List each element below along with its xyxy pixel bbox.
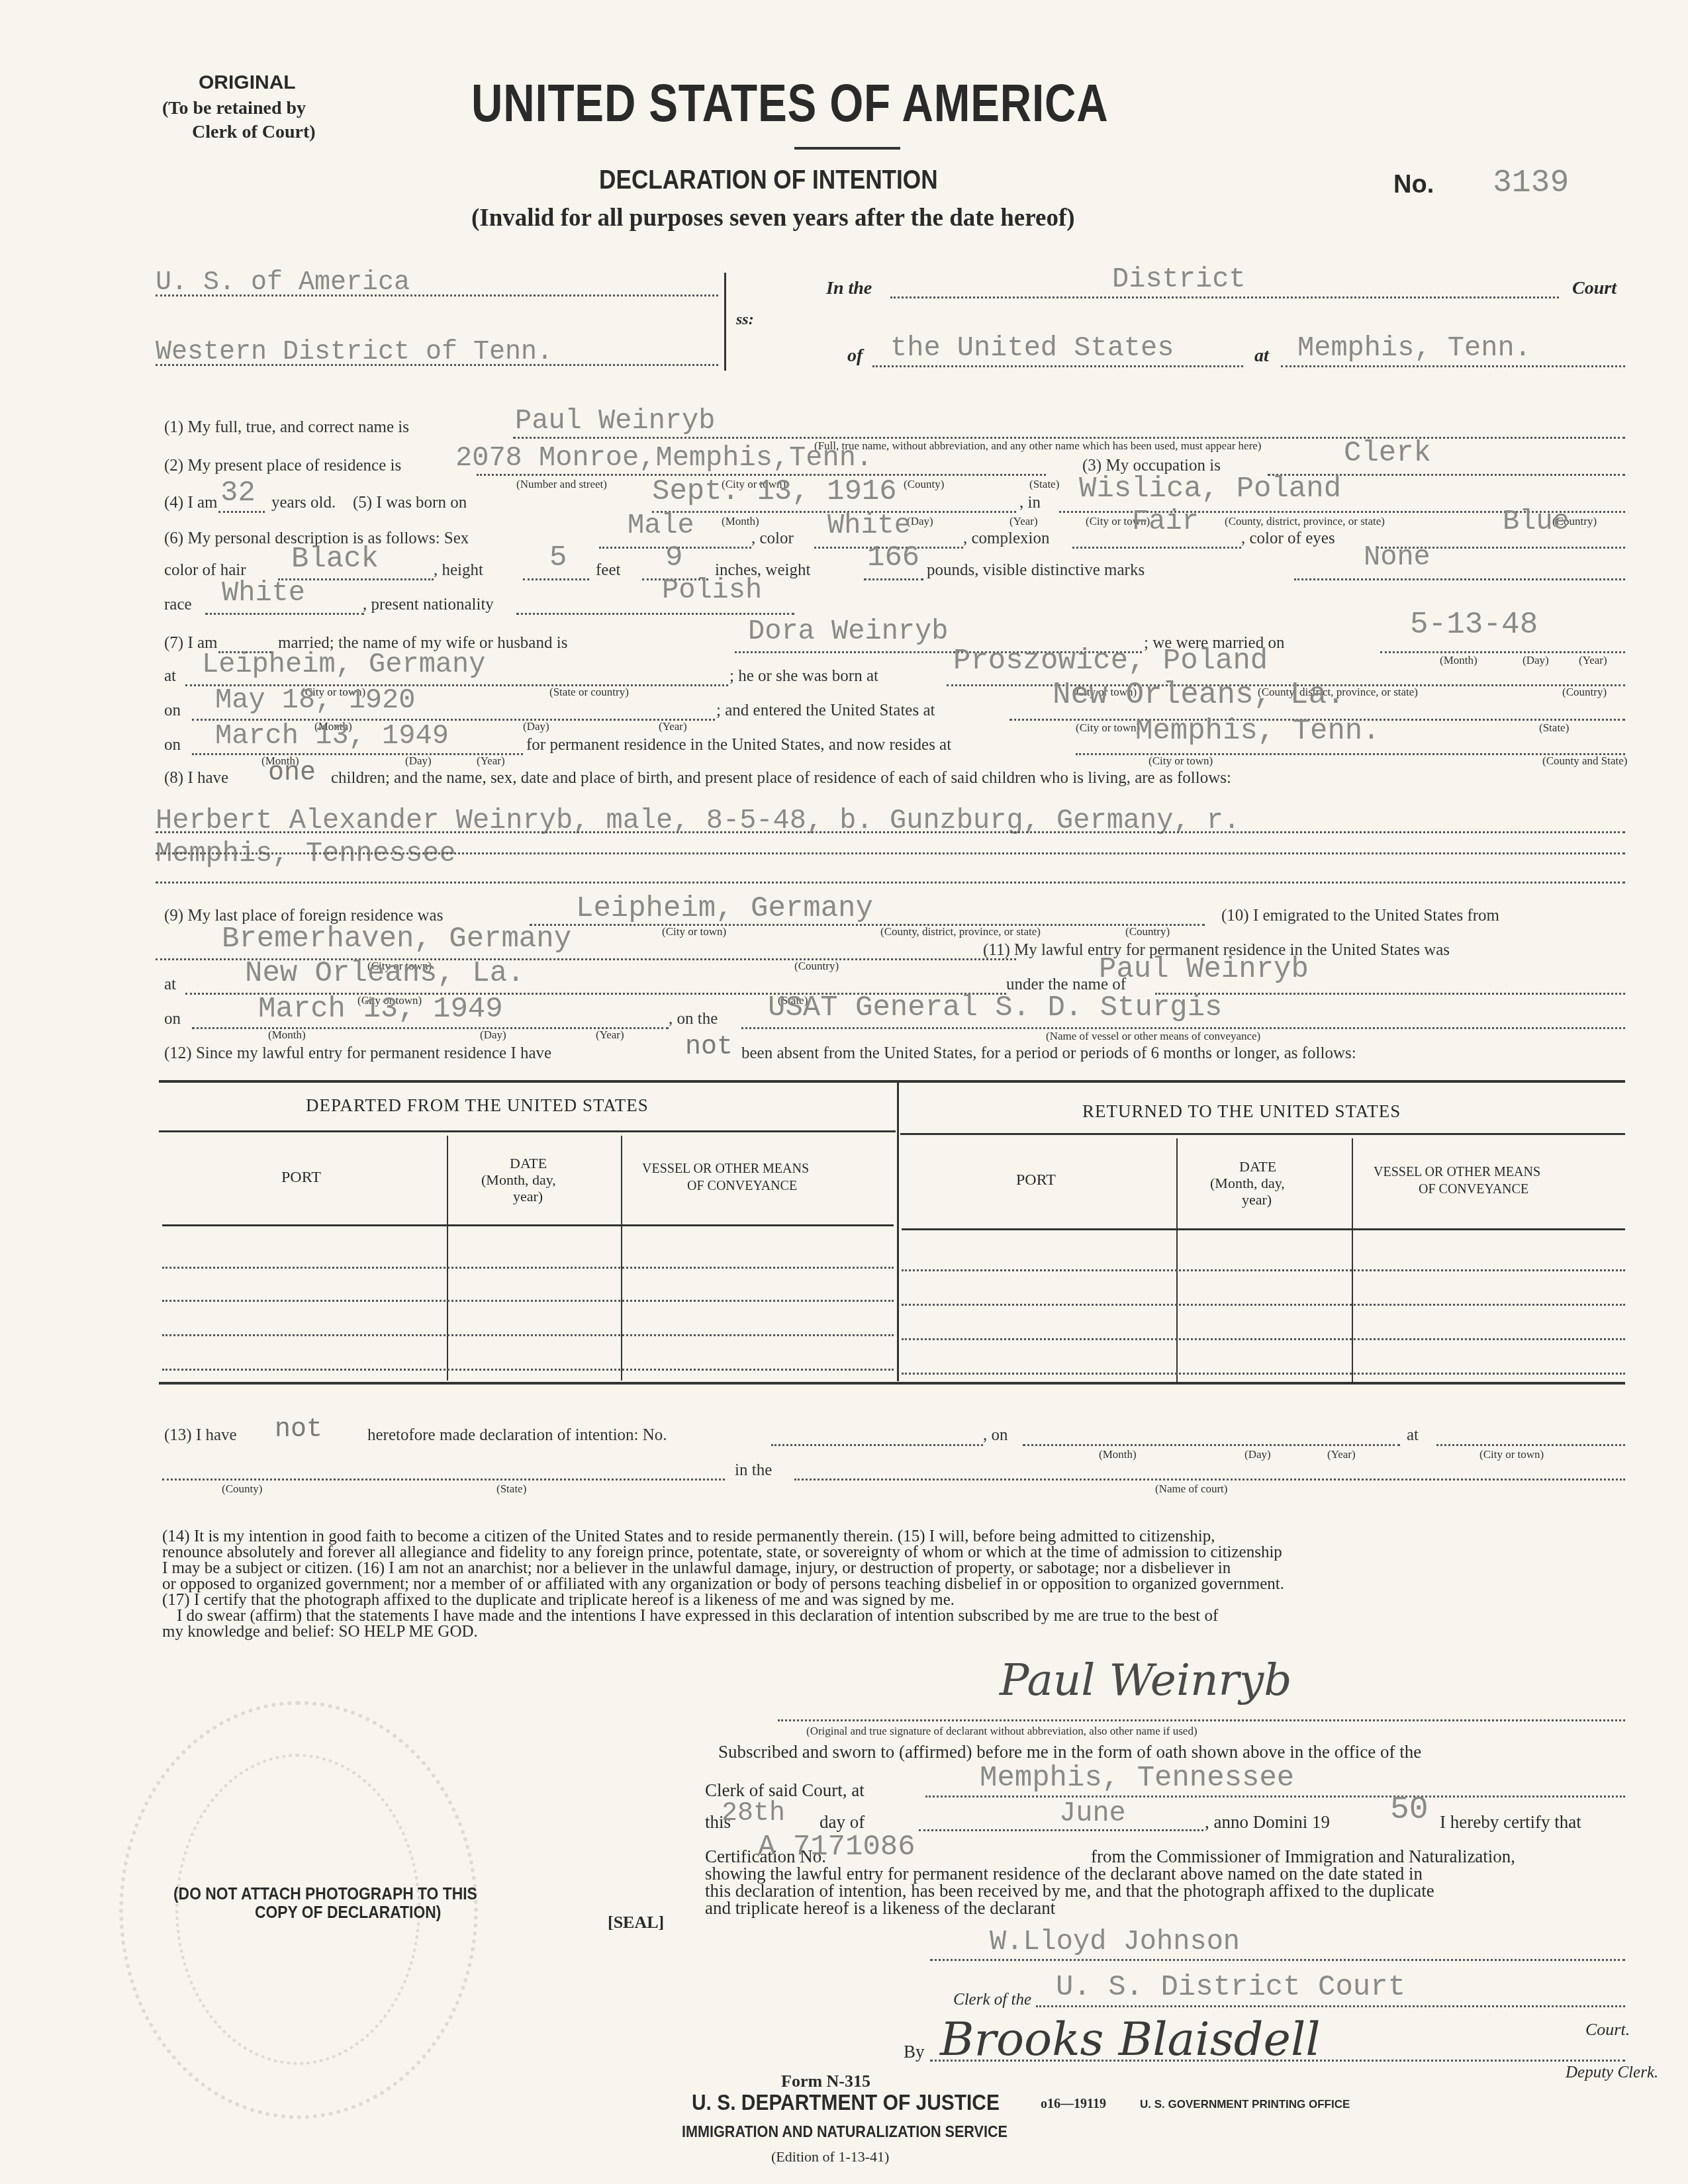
title-divider: [794, 147, 900, 150]
q13-label-b: heretofore made declaration of intention…: [367, 1426, 667, 1445]
court-suffix-label: Court.: [1585, 2020, 1630, 2040]
clerk-at-label: Clerk of said Court, at: [705, 1780, 865, 1801]
service-name: IMMIGRATION AND NATURALIZATION SERVICE: [682, 2123, 1008, 2142]
height-inches-field: 9: [665, 541, 682, 574]
feet-label: feet: [596, 561, 620, 580]
department-name: U. S. DEPARTMENT OF JUSTICE: [692, 2090, 1000, 2116]
on-the-label: , on the: [669, 1010, 718, 1028]
venue-brace: [724, 273, 726, 371]
prior-decl-county-line: [162, 1479, 725, 1480]
venue-left-2-line: [156, 364, 718, 366]
photo-note-1: (DO NOT ATTACH PHOTOGRAPH TO THIS: [173, 1884, 477, 1904]
children-line-2-rule: [156, 852, 1625, 854]
oath-line-2: renounce absolutely and forever all alle…: [162, 1545, 1284, 1561]
departed-col-date-2: (Month, day,: [481, 1171, 556, 1189]
departed-col-date-1: DATE: [510, 1155, 547, 1172]
returned-col-div-1: [1176, 1138, 1178, 1382]
original-label: ORIGINAL: [199, 71, 296, 94]
q10-hint-country: (Country): [794, 960, 839, 973]
declaration-number: 3139: [1493, 165, 1569, 201]
clerk-at-field: Memphis, Tennessee: [980, 1762, 1294, 1795]
eyes-label: , color of eyes: [1241, 529, 1335, 548]
of-label: of: [847, 345, 863, 367]
spouse-entry-hint-city: (City or town): [1076, 721, 1140, 735]
q5-in: , in: [1019, 494, 1041, 512]
spouse-birthdate-hint-day: (Day): [523, 720, 549, 733]
vessel-field: USAT General S. D. Sturgis: [768, 991, 1223, 1024]
q10-label: (10) I emigrated to the United States fr…: [1221, 907, 1499, 925]
married-on-line: [1380, 651, 1625, 653]
court-type-line: [890, 296, 1559, 298]
q9-hint-city: (City or town): [662, 925, 726, 938]
full-name-field: Paul Weinryb: [515, 405, 715, 437]
q4-label-b: years old.: [271, 494, 336, 512]
emigrated-from-field: Bremerhaven, Germany: [222, 923, 571, 956]
q13-hint-county: (County): [222, 1482, 262, 1496]
spouse-entry-date-label: on: [164, 736, 181, 754]
venue-left-1: U. S. of America: [156, 268, 410, 298]
q2-label: (2) My present place of residence is: [164, 457, 401, 475]
of-line: [872, 365, 1243, 367]
declarant-signature: Paul Weinryb: [1000, 1655, 1292, 1706]
married-at-label: at: [164, 667, 176, 686]
spouse-birthplace-field: Proszowice, Poland: [953, 645, 1268, 678]
departed-col-rule: [162, 1224, 894, 1226]
q5-label: (5) I was born on: [353, 494, 467, 512]
venue-left-1-line: [156, 295, 718, 296]
venue-left-2: Western District of Tenn.: [156, 338, 553, 367]
table-row: [162, 1334, 894, 1336]
q5-hint-year: (Year): [1009, 515, 1038, 528]
complexion-line: [1072, 547, 1241, 549]
month-line: [919, 1829, 1203, 1831]
eyes-field: Blue: [1503, 506, 1570, 537]
nationality-line: [516, 613, 794, 615]
certify-label: I hereby certify that: [1440, 1812, 1581, 1833]
spouse-entry-date-hint-year: (Year): [477, 754, 505, 768]
spouse-entry-date-field: March 13, 1949: [215, 720, 449, 752]
entry-date-field: March 13, 1949: [258, 993, 503, 1026]
prior-decl-date-line: [1023, 1444, 1400, 1446]
retained-note-2: Clerk of Court): [192, 122, 316, 143]
printer-name: U. S. GOVERNMENT PRINTING OFFICE: [1140, 2098, 1350, 2111]
departed-col-div-2: [621, 1136, 622, 1381]
vessel-hint: (Name of vessel or other means of convey…: [1046, 1030, 1260, 1043]
month-field: June: [1059, 1797, 1126, 1829]
table-row: [902, 1269, 1625, 1271]
q1-label: (1) My full, true, and correct name is: [164, 418, 409, 437]
court-label: Court: [1572, 278, 1617, 299]
color-label: , color: [751, 529, 794, 548]
at-label: at: [1254, 345, 1269, 367]
returned-header: RETURNED TO THE UNITED STATES: [1082, 1101, 1401, 1122]
table-row: [162, 1300, 894, 1302]
children-line-3-rule: [156, 882, 1625, 884]
residence-field: 2078 Monroe,Memphis,Tenn.: [455, 442, 872, 474]
form-subtitle: DECLARATION OF INTENTION: [599, 165, 938, 195]
weight-field: 166: [867, 541, 919, 574]
race-label: race: [164, 596, 192, 614]
at-value: Memphis, Tenn.: [1297, 332, 1531, 364]
returned-col-rule: [902, 1228, 1625, 1230]
cert-text-4: and triplicate hereof is a likeness of t…: [705, 1898, 1055, 1919]
edition-label: (Edition of 1-13-41): [771, 2148, 889, 2165]
departed-col-vessel-2: OF CONVEYANCE: [687, 1179, 797, 1194]
returned-col-vessel-1: VESSEL OR OTHER MEANS: [1374, 1165, 1540, 1180]
certification-number-field: A 7171086: [758, 1831, 915, 1864]
oath-line-3: I may be a subject or citizen. (16) I am…: [162, 1561, 1284, 1576]
q1-line: [513, 437, 1625, 439]
returned-col-port: PORT: [1016, 1171, 1056, 1189]
returned-col-date-2: (Month, day,: [1210, 1175, 1285, 1192]
q13-in-the-label: in the: [735, 1461, 772, 1480]
q2-hint-county: (County): [904, 478, 944, 491]
spouse-entry-date-line: [192, 753, 523, 755]
married-hint-year: (Year): [1579, 654, 1607, 667]
q2-hint-state: (State): [1029, 478, 1059, 491]
seal-label: [SEAL]: [608, 1913, 664, 1933]
color-field: White: [827, 510, 911, 541]
entry-date-label: on: [164, 1010, 181, 1028]
returned-col-date-3: year): [1242, 1191, 1272, 1208]
height-feet-line: [523, 578, 589, 580]
spouse-birthdate-field: May 18, 1920: [215, 684, 415, 716]
spouse-entered-label: ; and entered the United States at: [716, 702, 935, 720]
entry-date-hint-year: (Year): [596, 1028, 624, 1042]
oath-line-6: I do swear (affirm) that the statements …: [162, 1608, 1284, 1624]
clerk-of-line: [1036, 2005, 1625, 2007]
height-feet-field: 5: [549, 541, 567, 574]
oath-line-7: my knowledge and belief: SO HELP ME GOD.: [162, 1624, 1284, 1640]
clerk-of-label: Clerk of the: [953, 1991, 1031, 2009]
deputy-clerk-label: Deputy Clerk.: [1566, 2064, 1658, 2082]
court-type: District: [1112, 263, 1246, 295]
ss-label: ss:: [736, 311, 754, 329]
complexion-label: , complexion: [963, 529, 1050, 548]
married-on-field: 5-13-48: [1410, 608, 1538, 642]
entry-date-hint-day: (Day): [480, 1028, 506, 1042]
spouse-birthdate-label: on: [164, 702, 181, 720]
table-top-rule: [159, 1080, 1625, 1083]
day-of-label: day of: [820, 1812, 865, 1833]
q12-value: not: [685, 1032, 733, 1062]
oath-line-4: or opposed to organized government; nor …: [162, 1576, 1284, 1592]
clerk-of-field: U. S. District Court: [1056, 1971, 1405, 2004]
race-line: [205, 613, 364, 615]
marks-line: [1294, 578, 1625, 580]
height-label: , height: [434, 561, 483, 580]
deputy-signature: Brooks Blaisdell: [940, 2012, 1321, 2066]
declarant-signature-hint: (Original and true signature of declaran…: [806, 1725, 1197, 1738]
children-line-1-rule: [156, 831, 1625, 833]
q13-on-label: , on: [983, 1426, 1008, 1445]
oath-paragraph: (14) It is my intention in good faith to…: [162, 1529, 1284, 1640]
departed-header-rule: [159, 1130, 896, 1132]
table-row: [902, 1373, 1625, 1375]
weight-line: [864, 578, 923, 580]
table-row: [162, 1267, 894, 1269]
q9-hint-county: (County, district, province, or state): [880, 925, 1041, 938]
entry-date-hint-month: (Month): [268, 1028, 306, 1042]
table-row: [902, 1304, 1625, 1306]
spouse-residence-hint-city: (City or town): [1149, 754, 1213, 768]
declarant-signature-line: [778, 1719, 1625, 1721]
sex-field: Male: [628, 510, 694, 541]
table-center-divider: [897, 1080, 899, 1381]
clerk-at-line: [925, 1796, 1625, 1797]
returned-col-vessel-2: OF CONVEYANCE: [1419, 1182, 1528, 1197]
departed-col-vessel-1: VESSEL OR OTHER MEANS: [642, 1161, 809, 1177]
of-value: the United States: [890, 332, 1174, 364]
race-field: White: [222, 577, 305, 609]
spouse-residence-field: Memphis, Tenn.: [1135, 715, 1380, 748]
marks-field: None: [1364, 541, 1430, 573]
q5-hint-county: (County, district, province, or state): [1225, 515, 1385, 528]
q4-label: (4) I am: [164, 494, 218, 512]
children-count-field: one: [268, 758, 316, 788]
oath-line-5: (17) I certify that the photograph affix…: [162, 1592, 1284, 1608]
spouse-birthdate-hint-year: (Year): [659, 720, 687, 733]
nationality-label: , present nationality: [363, 596, 494, 614]
married-at-field: Leipheim, Germany: [202, 649, 485, 680]
spouse-resides-label: for permanent residence in the United St…: [526, 736, 951, 754]
prior-decl-city-line: [1436, 1444, 1625, 1446]
table-row: [162, 1369, 894, 1371]
table-bottom-rule: [159, 1382, 1625, 1385]
q2-hint-street: (Number and street): [516, 478, 607, 491]
q13-at-label: at: [1407, 1426, 1419, 1445]
print-code: o16—19119: [1041, 2097, 1106, 2112]
entry-name-field: Paul Weinryb: [1099, 953, 1309, 986]
retained-note-1: (To be retained by: [162, 98, 306, 119]
spouse-born-hint-country: (Country): [1562, 686, 1607, 699]
spouse-entry-hint-state: (State): [1539, 721, 1569, 735]
q12-label: (12) Since my lawful entry for permanent…: [164, 1044, 551, 1063]
pounds-label: pounds, visible distinctive marks: [927, 561, 1145, 580]
form-number: Form N-315: [781, 2071, 870, 2091]
complexion-field: Fair: [1132, 506, 1199, 537]
q13-hint-month: (Month): [1099, 1448, 1137, 1461]
q9-hint-country: (Country): [1125, 925, 1170, 938]
spouse-name-field: Dora Weinryb: [748, 615, 948, 647]
q1-hint: (Full, true name, without abbreviation, …: [814, 439, 1262, 453]
jurat-line-1: Subscribed and sworn to (affirmed) befor…: [718, 1742, 1421, 1762]
departed-col-div-1: [447, 1136, 448, 1381]
spouse-born-label: ; he or she was born at: [729, 667, 878, 686]
invalid-note: (Invalid for all purposes seven years af…: [471, 204, 1075, 232]
q4-line: [218, 511, 265, 513]
spouse-entry-date-hint-day: (Day): [405, 754, 432, 768]
clerk-name-field: W.Lloyd Johnson: [990, 1926, 1240, 1958]
year-field: 50: [1390, 1792, 1429, 1828]
q13-hint-court: (Name of court): [1155, 1482, 1228, 1496]
married-at-hint-country: (State or country): [549, 686, 629, 699]
birth-place-field: Wislica, Poland: [1079, 473, 1341, 506]
married-hint-month: (Month): [1440, 654, 1477, 667]
photo-note-2: COPY OF DECLARATION): [255, 1902, 441, 1923]
departed-col-port: PORT: [281, 1169, 321, 1187]
birth-date-field: Sept. 13, 1916: [652, 475, 897, 508]
hair-field: Black: [291, 543, 379, 576]
q13-hint-city: (City or town): [1479, 1448, 1544, 1461]
at-line: [1281, 365, 1625, 367]
spouse-residence-hint-state: (County and State): [1542, 754, 1627, 768]
clerk-name-line: [930, 1959, 1625, 1961]
q8-label: (8) I have: [164, 769, 228, 788]
q13-hint-day: (Day): [1244, 1448, 1271, 1461]
q13-hint-state: (State): [496, 1482, 526, 1496]
departed-header: DEPARTED FROM THE UNITED STATES: [306, 1095, 649, 1116]
prior-decl-court-line: [794, 1479, 1625, 1480]
last-foreign-residence-field: Leipheim, Germany: [576, 892, 873, 925]
occupation-field: Clerk: [1344, 437, 1431, 470]
day-field: 28th: [722, 1799, 785, 1829]
q13-hint-year: (Year): [1327, 1448, 1356, 1461]
entry-at-label: at: [164, 976, 176, 994]
married-hint-day: (Day): [1523, 654, 1549, 667]
age-field: 32: [220, 477, 256, 510]
nationality-field: Polish: [662, 574, 762, 606]
in-the-label: In the: [826, 278, 872, 299]
prior-decl-no-line: [771, 1444, 983, 1446]
q12-label-b: been absent from the United States, for …: [741, 1044, 1356, 1063]
table-row: [902, 1338, 1625, 1340]
returned-col-date-1: DATE: [1239, 1158, 1276, 1175]
entry-port-field: New Orleans, La.: [245, 957, 524, 990]
q5-hint-month: (Month): [722, 515, 759, 528]
departed-col-date-3: year): [513, 1188, 543, 1205]
q8-label-b: children; and the name, sex, date and pl…: [331, 769, 1231, 788]
anno-domini-label: , anno Domini 19: [1205, 1812, 1330, 1833]
vessel-line: [741, 1027, 1625, 1029]
q13-label: (13) I have: [164, 1426, 237, 1445]
returned-header-rule: [900, 1133, 1625, 1135]
oath-line-1: (14) It is my intention in good faith to…: [162, 1529, 1284, 1545]
q13-value: not: [275, 1415, 322, 1445]
document-title: UNITED STATES OF AMERICA: [471, 73, 1108, 134]
returned-col-div-2: [1352, 1138, 1353, 1382]
number-label: No.: [1393, 171, 1434, 199]
spouse-entry-port-field: New Orleans, La.: [1053, 678, 1345, 712]
by-label: By: [904, 2042, 925, 2062]
entry-name-line: [1155, 993, 1625, 995]
